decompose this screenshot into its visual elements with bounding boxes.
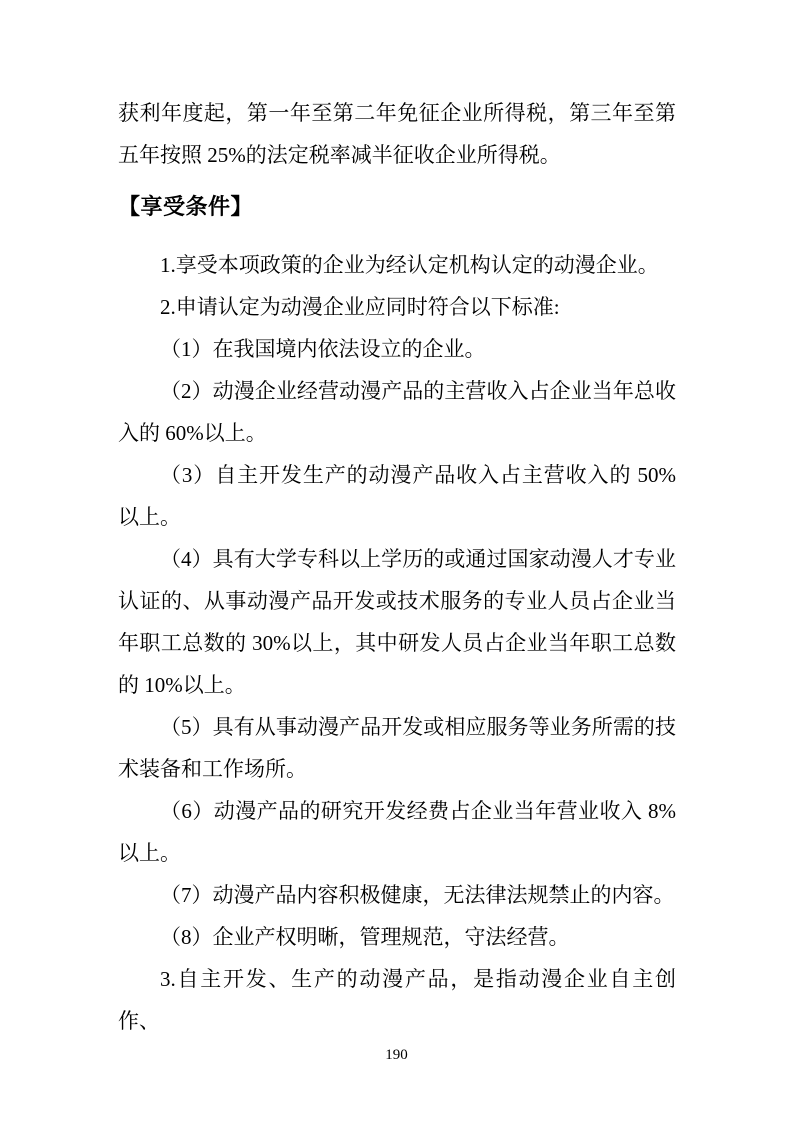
body-paragraph: （1）在我国境内依法设立的企业。 [118,328,676,370]
body-paragraph: 3.自主开发、生产的动漫产品，是指动漫企业自主创作、 [118,958,676,1042]
body-paragraph: （7）动漫产品内容积极健康，无法律法规禁止的内容。 [118,874,676,916]
page-content: 获利年度起，第一年至第二年免征企业所得税，第三年至第五年按照 25%的法定税率减… [118,92,676,1042]
body-paragraph: 1.享受本项政策的企业为经认定机构认定的动漫企业。 [118,244,676,286]
body-paragraph: （8）企业产权明晰，管理规范，守法经营。 [118,916,676,958]
body-paragraph: （2）动漫企业经营动漫产品的主营收入占企业当年总收入的 60%以上。 [118,370,676,454]
document-page: 获利年度起，第一年至第二年免征企业所得税，第三年至第五年按照 25%的法定税率减… [0,0,793,1122]
page-number: 190 [0,1046,793,1064]
body-paragraph: （6）动漫产品的研究开发经费占企业当年营业收入 8%以上。 [118,790,676,874]
body-paragraph: （3）自主开发生产的动漫产品收入占主营收入的 50%以上。 [118,454,676,538]
intro-paragraph: 获利年度起，第一年至第二年免征企业所得税，第三年至第五年按照 25%的法定税率减… [118,92,676,176]
body-paragraph: （5）具有从事动漫产品开发或相应服务等业务所需的技术装备和工作场所。 [118,706,676,790]
section-heading: 【享受条件】 [118,191,676,223]
body-paragraph: 2.申请认定为动漫企业应同时符合以下标准: [118,286,676,328]
body-paragraph: （4）具有大学专科以上学历的或通过国家动漫人才专业认证的、从事动漫产品开发或技术… [118,538,676,706]
